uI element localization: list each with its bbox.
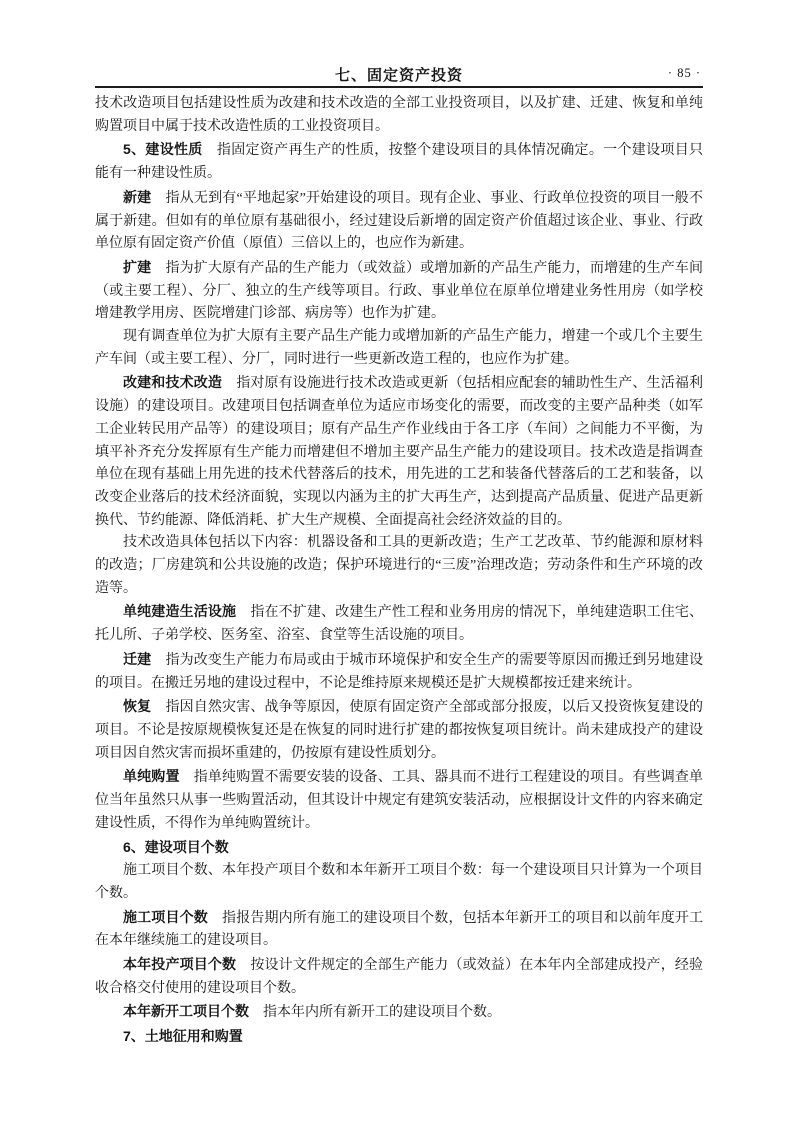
- para-tech-renovation-scope: 技术改造具体包括以下内容：机器设备和工具的更新改造；生产工艺改革、节约能源和原材…: [95, 532, 703, 600]
- para-term-pure-purchase: 单纯购置 指单纯购置不需要安装的设备、工具、器具而不进行工程建设的项目。有些调查…: [95, 765, 703, 835]
- para-term-welfare-facilities: 单纯建造生活设施 指在不扩建、改建生产性工程和业务用房的情况下，单纯建造职工住宅…: [95, 600, 703, 647]
- body-text: 指对原有设施进行技术改造或更新（包括相应配套的辅助性生产、生活福利设施）的建设项…: [95, 376, 703, 527]
- para-term-relocation: 迁建 指为改变生产能力布局或由于城市环境保护和安全生产的需要等原因而搬迁到另地建…: [95, 648, 703, 695]
- term-label: 施工项目个数: [123, 909, 208, 925]
- body-text: 施工项目个数、本年投产项目个数和本年新开工项目个数：每一个建设项目只计算为一个项…: [95, 863, 703, 901]
- document-page: 七、固定资产投资 · 85 · 技术改造项目包括建设性质为改建和技术改造的全部工…: [0, 0, 793, 1122]
- term-label: 恢复: [123, 698, 151, 714]
- heading-6-project-count: 6、建设项目个数: [95, 836, 703, 861]
- chapter-title: 七、固定资产投资: [95, 64, 703, 85]
- para-term-new-construction: 新建 指从无到有“平地起家”开始建设的项目。现有企业、事业、行政单位投资的项目一…: [95, 186, 703, 256]
- heading-7-land-requisition: 7、土地征用和购置: [95, 1025, 703, 1050]
- para-term-restoration: 恢复 指因自然灾害、战争等原因，使原有固定资产全部或部分报废，以后又投资恢复建设…: [95, 695, 703, 765]
- body-text: 指本年内所有新开工的建设项目个数。: [249, 1005, 501, 1020]
- body-text: 指为扩大原有产品的生产能力（或效益）或增加新的产品生产能力，而增建的生产车间（或…: [95, 261, 703, 321]
- term-label: 单纯购置: [123, 768, 180, 784]
- term-label: 5、建设性质: [123, 141, 203, 157]
- body-text: 指从无到有“平地起家”开始建设的项目。现有企业、事业、行政单位投资的项目一般不属…: [95, 191, 703, 251]
- para-5-construction-nature: 5、建设性质 指固定资产再生产的性质，按整个建设项目的具体情况确定。一个建设项目…: [95, 138, 703, 185]
- term-label: 新建: [123, 189, 151, 205]
- para-tech-renovation-continued: 技术改造项目包括建设性质为改建和技术改造的全部工业投资项目，以及扩建、迁建、恢复…: [95, 93, 703, 138]
- body-text: 指单纯购置不需要安装的设备、工具、器具而不进行工程建设的项目。有些调查单位当年虽…: [95, 770, 703, 830]
- term-label: 扩建: [123, 259, 151, 275]
- term-label: 改建和技术改造: [123, 374, 222, 390]
- body-text: 技术改造项目包括建设性质为改建和技术改造的全部工业投资项目，以及扩建、迁建、恢复…: [95, 96, 703, 134]
- text-block: 七、固定资产投资 · 85 · 技术改造项目包括建设性质为改建和技术改造的全部工…: [95, 62, 703, 1050]
- term-label: 本年投产项目个数: [123, 956, 236, 972]
- body-text: 现有调查单位为扩大原有主要产品生产能力或增加新的产品生产能力，增建一个或几个主要…: [95, 329, 703, 367]
- document-body: 技术改造项目包括建设性质为改建和技术改造的全部工业投资项目，以及扩建、迁建、恢复…: [95, 93, 703, 1050]
- para-project-count-rule: 施工项目个数、本年投产项目个数和本年新开工项目个数：每一个建设项目只计算为一个项…: [95, 860, 703, 905]
- para-term-reconstruction-tech-renovation: 改建和技术改造 指对原有设施进行技术改造或更新（包括相应配套的辅助性生产、生活福…: [95, 371, 703, 532]
- body-text: 技术改造具体包括以下内容：机器设备和工具的更新改造；生产工艺改革、节约能源和原材…: [95, 535, 703, 595]
- term-label: 迁建: [123, 651, 151, 667]
- term-label: 本年新开工项目个数: [123, 1003, 249, 1019]
- body-text: 指为改变生产能力布局或由于城市环境保护和安全生产的需要等原因而搬迁到另地建设的项…: [95, 653, 703, 691]
- term-label: 单纯建造生活设施: [123, 603, 236, 619]
- para-term-newly-started-count: 本年新开工项目个数 指本年内所有新开工的建设项目个数。: [95, 1000, 703, 1025]
- para-term-put-into-operation-count: 本年投产项目个数 按设计文件规定的全部生产能力（或效益）在本年内全部建成投产，经…: [95, 953, 703, 1000]
- body-text: 指因自然灾害、战争等原因，使原有固定资产全部或部分报废，以后又投资恢复建设的项目…: [95, 700, 703, 760]
- para-term-under-construction-count: 施工项目个数 指报告期内所有施工的建设项目个数，包括本年新开工的项目和以前年度开…: [95, 906, 703, 953]
- term-label: 6、建设项目个数: [123, 839, 229, 855]
- page-number: · 85 ·: [668, 66, 701, 81]
- page-header: 七、固定资产投资 · 85 ·: [95, 62, 703, 88]
- term-label: 7、土地征用和购置: [123, 1028, 243, 1044]
- para-expansion-supplement: 现有调查单位为扩大原有主要产品生产能力或增加新的产品生产能力，增建一个或几个主要…: [95, 326, 703, 371]
- para-term-expansion: 扩建 指为扩大原有产品的生产能力（或效益）或增加新的产品生产能力，而增建的生产车…: [95, 256, 703, 326]
